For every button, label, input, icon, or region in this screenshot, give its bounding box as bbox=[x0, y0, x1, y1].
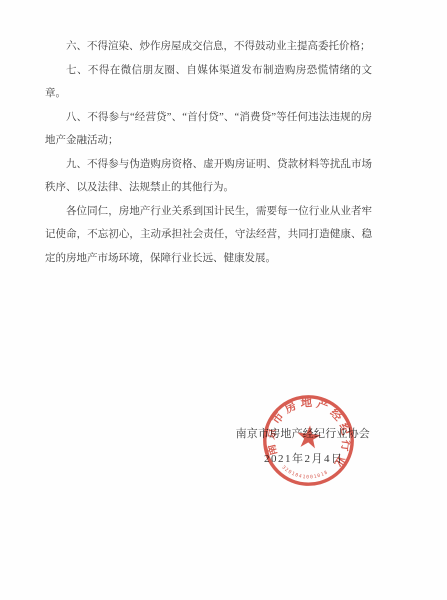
paragraph-clause-6: 六、不得渲染、炒作房屋成交信息，不得鼓动业主提高委托价格； bbox=[45, 35, 372, 59]
paragraph-closing: 各位同仁，房地产行业关系到国计民生，需要每一位行业从业者牢记使命，不忘初心，主动… bbox=[45, 200, 372, 271]
document-date: 2021年2月4日 bbox=[264, 450, 344, 466]
signature-organization: 南京市房地产经纪行业协会 bbox=[236, 425, 370, 441]
document-body: 六、不得渲染、炒作房屋成交信息，不得鼓动业主提高委托价格； 七、不得在微信朋友圈… bbox=[45, 35, 372, 270]
paragraph-clause-7: 七、不得在微信朋友圈、自媒体渠道发布制造购房恐慌情绪的文章。 bbox=[45, 59, 372, 106]
paragraph-clause-9: 九、不得参与伪造购房资格、虚开购房证明、贷款材料等扰乱市场秩序、以及法律、法规禁… bbox=[45, 153, 372, 200]
seal-code-text: 3201041001018 bbox=[280, 464, 330, 483]
document-page: 六、不得渲染、炒作房屋成交信息，不得鼓动业主提高委托价格； 七、不得在微信朋友圈… bbox=[0, 0, 447, 600]
paragraph-clause-8: 八、不得参与“经营贷”、“首付贷”、“消费贷”等任何违法违规的房地产金融活动； bbox=[45, 106, 372, 153]
